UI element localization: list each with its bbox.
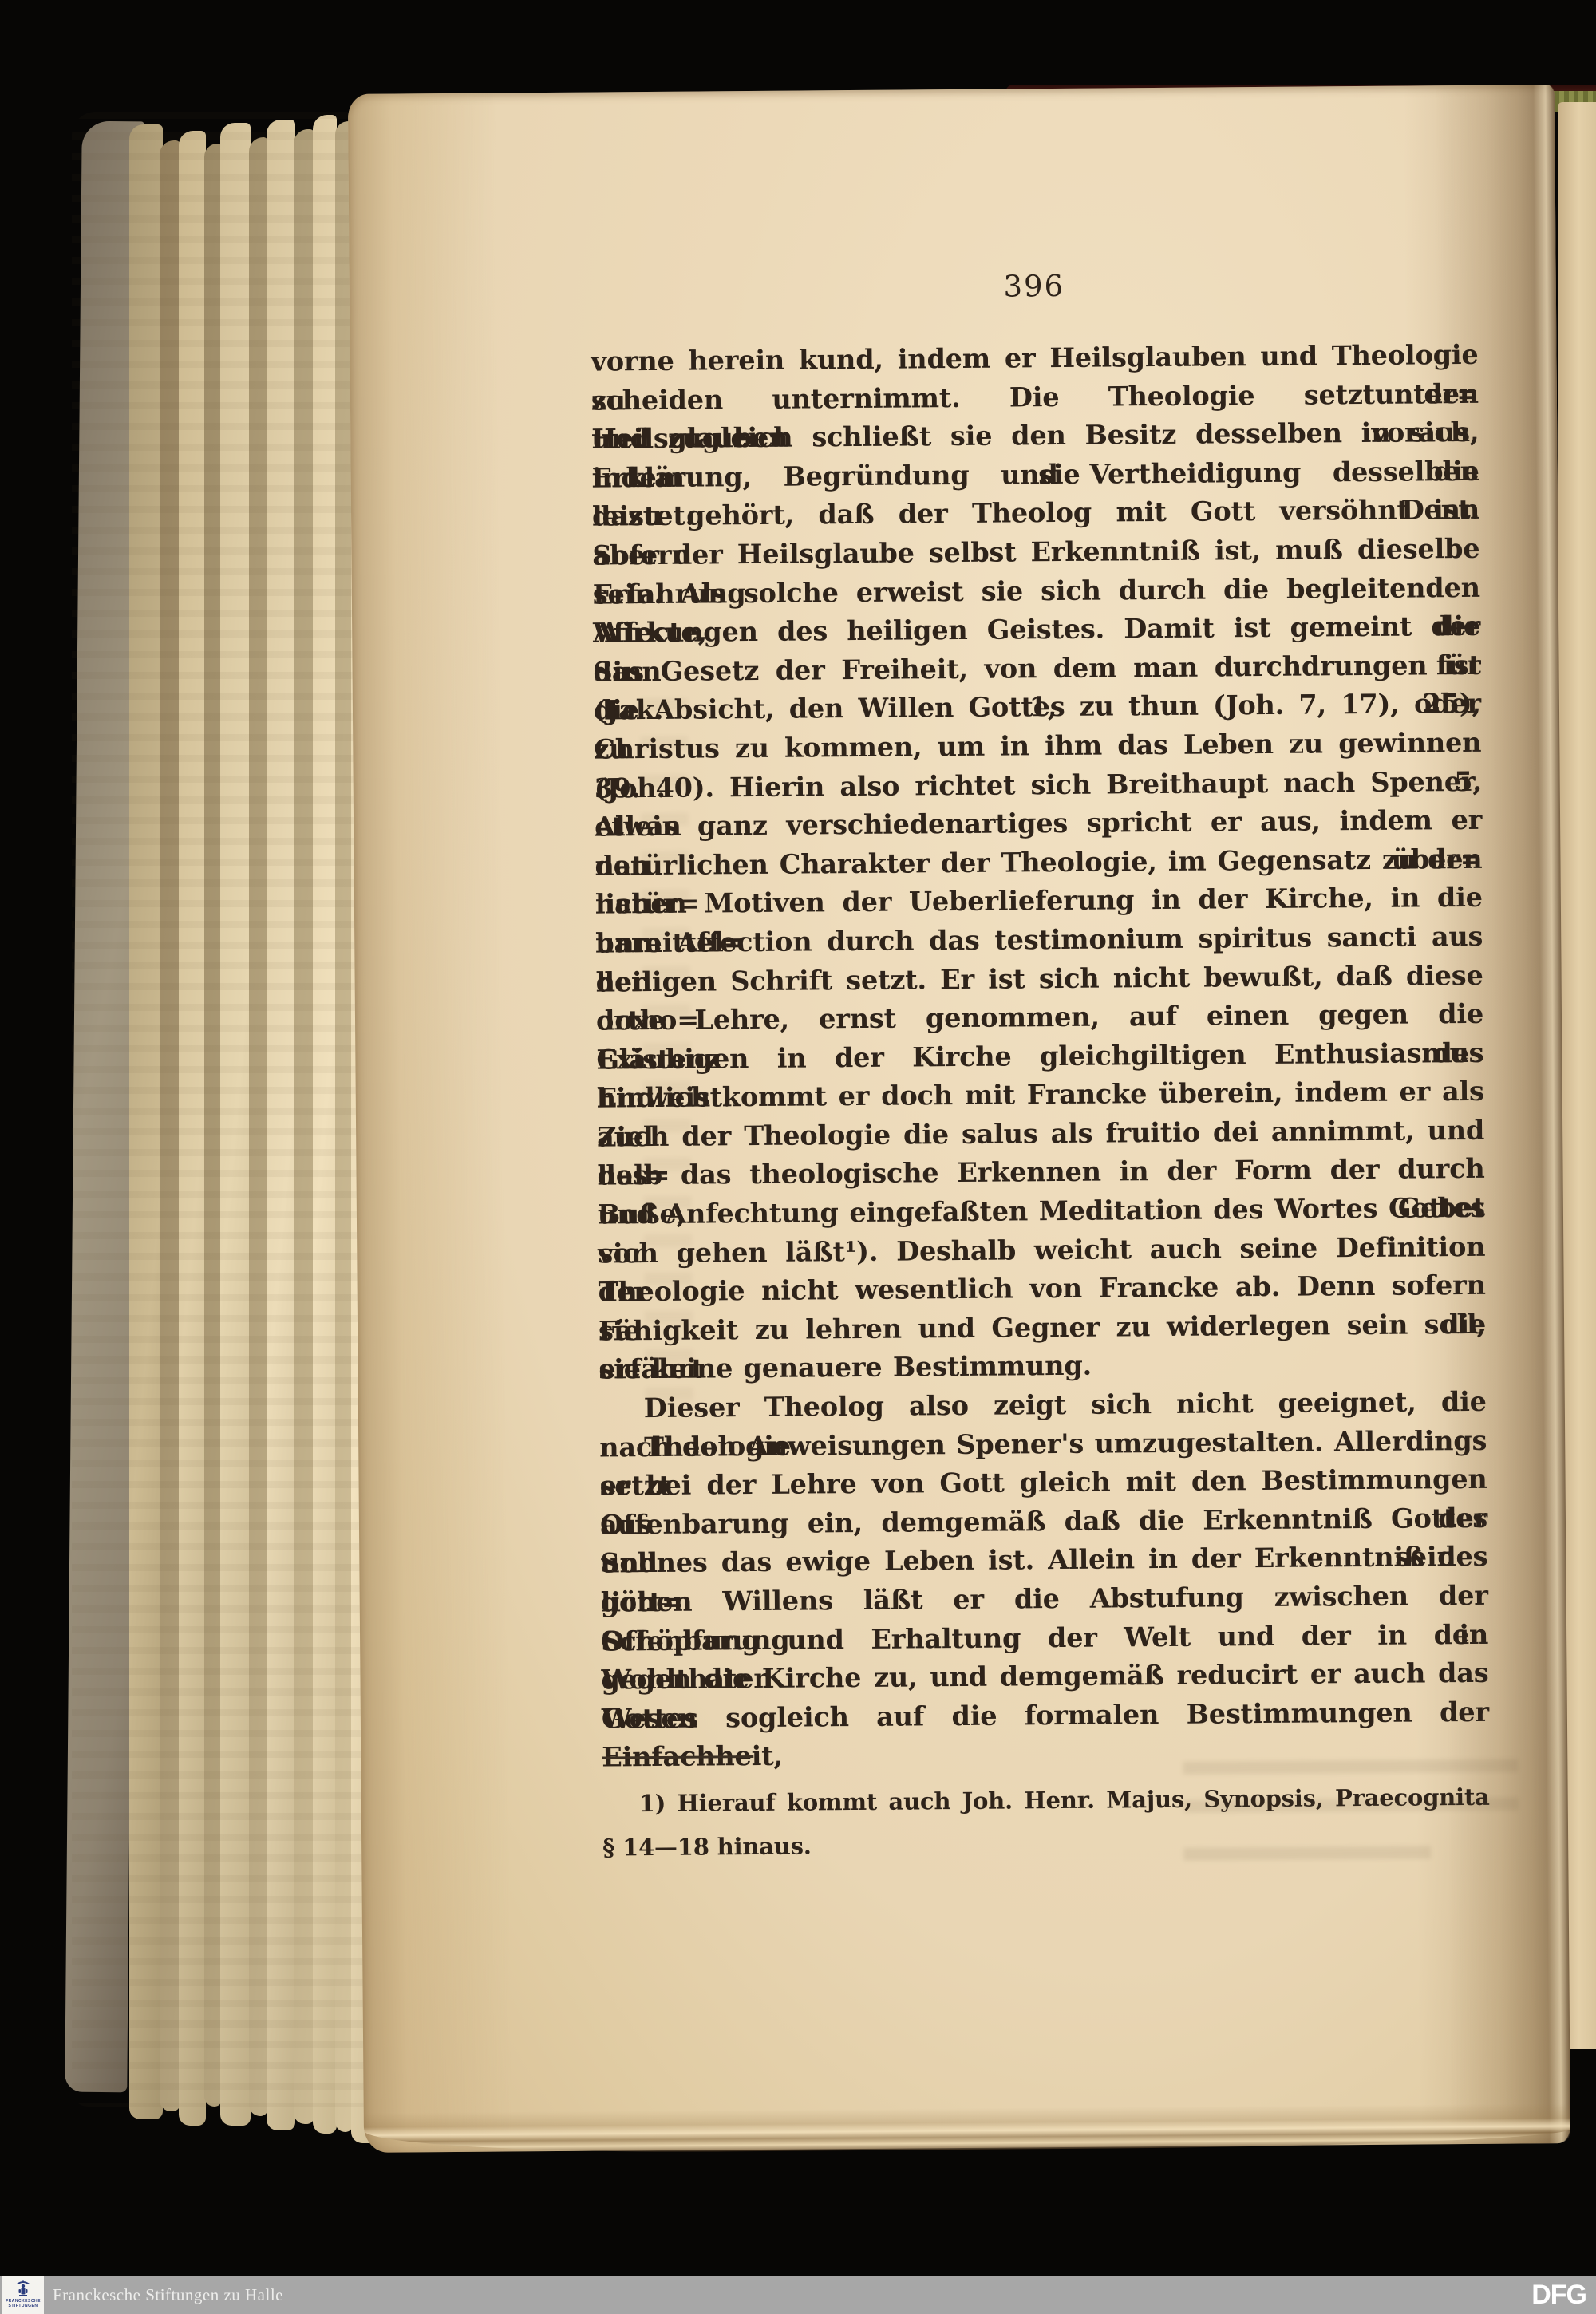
text-line: die Absicht, den Willen Gottes zu thun (…	[594, 685, 1481, 730]
text-line: 1) Hierauf kommt auch Joh. Henr. Majus, …	[602, 1775, 1490, 1826]
text-line: dazu gehört, daß der Theolog mit Gott ve…	[592, 491, 1479, 536]
page-edge	[313, 115, 337, 2134]
footnote-text: 1) Hierauf kommt auch Joh. Henr. Majus, …	[602, 1775, 1491, 1870]
text-line: doxe Lehre, ernst genommen, auf einen ge…	[596, 995, 1483, 1041]
page-number: 396	[591, 266, 1478, 308]
text-line: Schöpfung und Erhaltung der Welt und der…	[601, 1615, 1488, 1660]
text-line: lichen Motiven der Ueberlieferung in der…	[595, 879, 1483, 924]
text-line: Erklärung, Begründung und Vertheidigung …	[591, 452, 1479, 498]
text-line: und zugleich schließt sie den Besitz des…	[591, 413, 1479, 459]
text-line: das Gesetz der Freiheit, von dem man dur…	[593, 646, 1480, 692]
text-line: 39. 40). Hierin also richtet sich Breith…	[595, 762, 1482, 808]
page-edge	[220, 123, 251, 2126]
text-line: er bei der Lehre von Gott gleich mit den…	[599, 1460, 1487, 1506]
text-line: Gottes sogleich auf die formalen Bestimm…	[602, 1693, 1489, 1739]
text-line: vorne herein kund, indem er Heilsglauben…	[591, 336, 1478, 381]
text-line: Theologie nicht wesentlich von Francke a…	[598, 1266, 1486, 1312]
logo-text-line2: STIFTUNGEN	[9, 2304, 38, 2308]
page-edge	[249, 137, 268, 2116]
text-line: Gläubigen in der Kirche gleichgiltigen E…	[596, 1034, 1483, 1080]
scanned-book-photograph: 396 vorne herein kund, indem er Heilsgla…	[0, 0, 1596, 2314]
page-edge	[160, 140, 180, 2111]
body-text: vorne herein kund, indem er Heilsglauben…	[591, 336, 1489, 1739]
text-line: natürlichen Charakter der Theologie, im …	[595, 840, 1482, 886]
dfg-logo: DFG	[1531, 2276, 1586, 2314]
page-edge	[129, 124, 163, 2119]
page-edge	[179, 131, 206, 2126]
text-line: Endlich kommt er doch mit Francke überei…	[597, 1072, 1484, 1118]
text-line: etwas ganz verschiedenartiges spricht er…	[595, 801, 1482, 847]
text-line: nach den Anweisungen Spener's umzugestal…	[599, 1421, 1487, 1467]
text-line: scheiden unternimmt. Die Theologie setzt…	[591, 374, 1479, 420]
text-line: sein. Als solche erweist sie sich durch …	[593, 568, 1480, 614]
text-line: auch der Theologie die salus als fruitio…	[597, 1112, 1484, 1157]
text-line: und Anfechtung eingefaßten Meditation de…	[598, 1189, 1485, 1234]
text-line: sich gehen läßt¹). Deshalb weicht auch s…	[598, 1227, 1485, 1273]
page-edge	[204, 144, 222, 2107]
page-edge	[294, 129, 314, 2124]
text-line: Offenbarung ein, demgemäß daß die Erkenn…	[600, 1499, 1487, 1545]
book-page: 396 vorne herein kund, indem er Heilsgla…	[348, 85, 1570, 2153]
text-line: Sohnes das ewige Leben ist. Allein in de…	[600, 1538, 1487, 1583]
franckesche-stiftungen-emblem-icon	[13, 2278, 34, 2299]
franckesche-stiftungen-logo: FRANCKESCHE STIFTUNGEN	[2, 2276, 44, 2314]
text-line: Fähigkeit zu lehren und Gegner zu widerl…	[598, 1305, 1486, 1351]
text-line: sie keine genauere Bestimmung.	[598, 1344, 1486, 1389]
text-line: § 14—18 hinaus.	[602, 1819, 1490, 1870]
page-edge	[267, 120, 295, 2130]
digitization-footer-bar: FRANCKESCHE STIFTUNGEN Franckesche Stift…	[0, 2276, 1596, 2314]
text-line: heiligen Schrift setzt. Er ist sich nich…	[595, 956, 1483, 1001]
library-name: Franckesche Stiftungen zu Halle	[53, 2276, 283, 2314]
text-line: gegen die Kirche zu, und demgemäß reduci…	[601, 1654, 1488, 1700]
text-line: Christus zu kommen, um in ihm das Leben …	[594, 724, 1481, 769]
text-line: bare Affection durch das testimonium spi…	[595, 918, 1483, 963]
text-line: halb das theologische Erkennen in der Fo…	[597, 1150, 1484, 1195]
text-line: Dieser Theolog also zeigt sich nicht gee…	[599, 1383, 1487, 1428]
text-line: aber der Heilsglaube selbst Erkenntniß i…	[592, 530, 1479, 575]
text-line: Wirkungen des heiligen Geistes. Damit is…	[593, 607, 1480, 653]
text-line: lichen Willens läßt er die Abstufung zwi…	[601, 1577, 1488, 1622]
